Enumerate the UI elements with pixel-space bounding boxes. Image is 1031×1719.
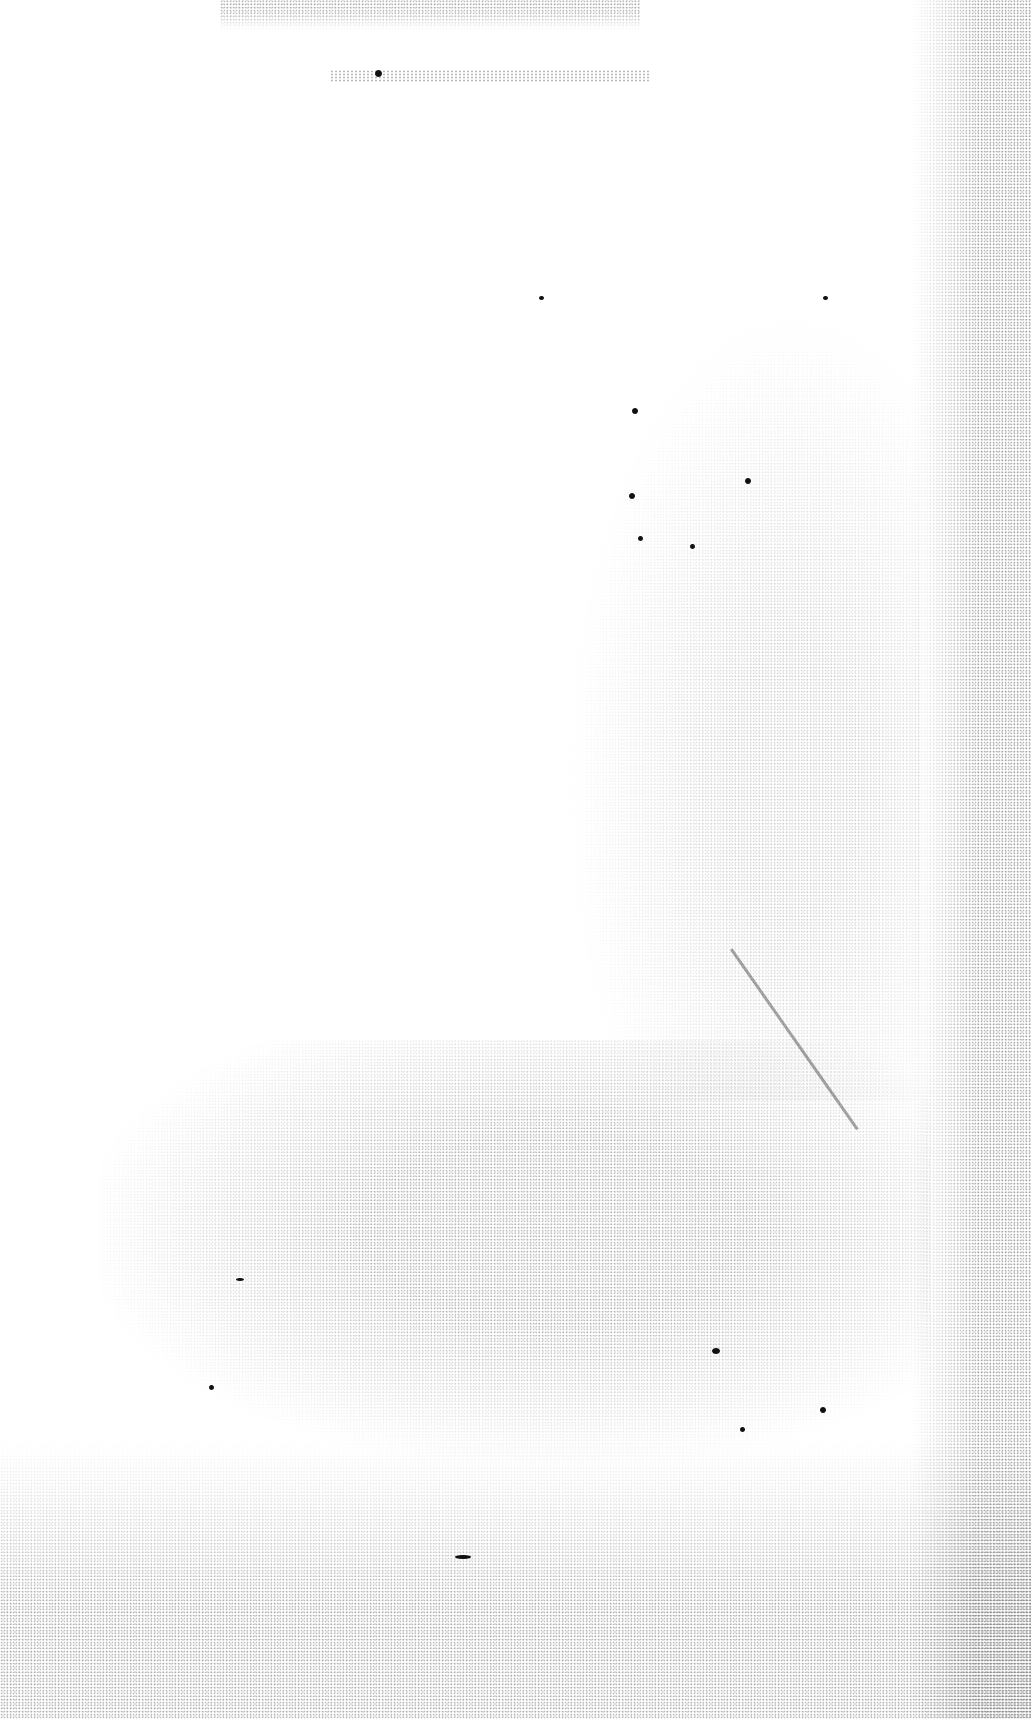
speck xyxy=(632,408,638,414)
speck xyxy=(375,70,382,77)
speck xyxy=(823,296,828,300)
speck xyxy=(455,1555,471,1559)
bottom-edge-stain xyxy=(0,1440,1031,1719)
speck xyxy=(236,1278,244,1281)
lower-page-stain xyxy=(100,1040,930,1460)
speck xyxy=(209,1385,214,1390)
top-edge-smudge xyxy=(220,0,640,30)
binding-edge-shadow xyxy=(911,0,1031,1719)
scanned-page xyxy=(0,0,1031,1719)
speck xyxy=(638,536,643,541)
speck xyxy=(745,478,751,484)
speck xyxy=(712,1348,720,1354)
speck xyxy=(820,1407,826,1413)
speck xyxy=(539,296,544,300)
speck xyxy=(740,1427,745,1432)
mid-page-stain xyxy=(560,300,920,1100)
speck xyxy=(629,493,635,499)
speck xyxy=(690,544,695,549)
